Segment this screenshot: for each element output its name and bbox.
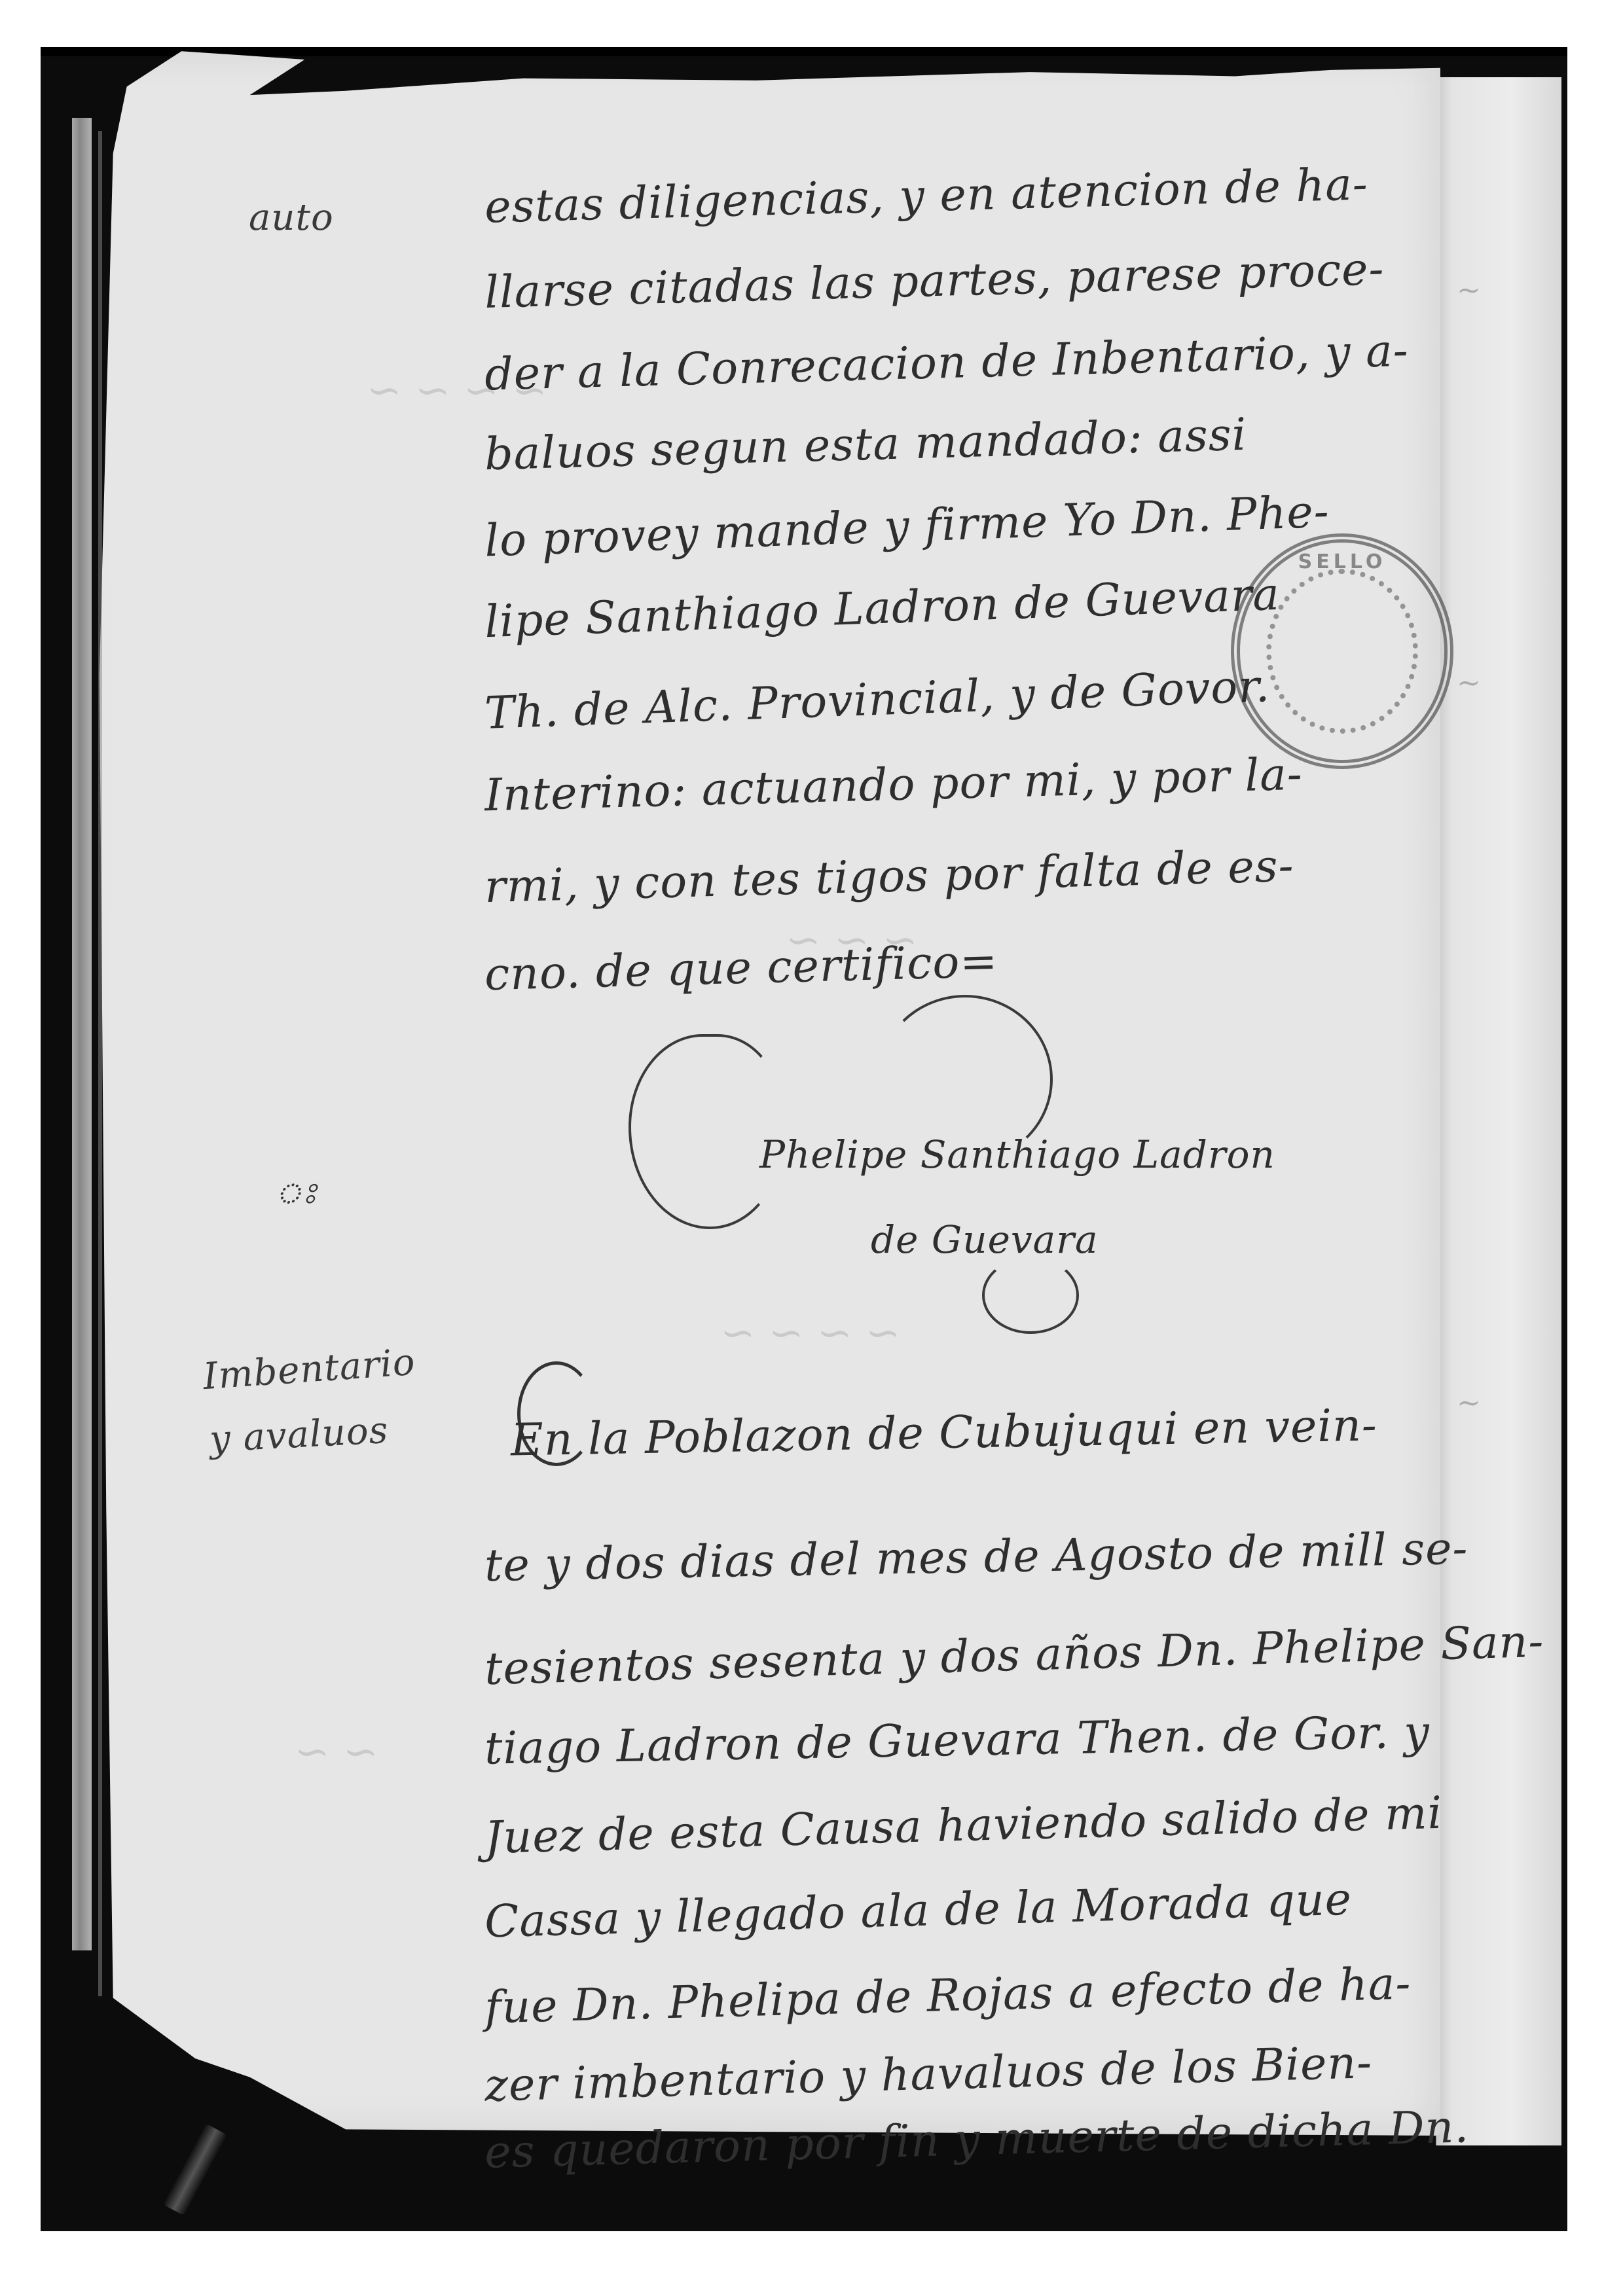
signature-name-line1: Phelipe Santhiago Ladron (759, 1132, 1275, 1177)
bleed-through-text: ~ ~ (295, 1728, 378, 1776)
rubric-flourish-icon (982, 1257, 1079, 1334)
page-fold-shadow (72, 118, 92, 1950)
backdrop-top-band (41, 47, 1567, 56)
adjacent-page-bleed: ~ (1457, 274, 1481, 307)
signature-rubric: Phelipe Santhiago Ladron de Guevara (589, 995, 1244, 1335)
page-edge-line (98, 131, 102, 1996)
signature-name-line2: de Guevara (871, 1217, 1099, 1262)
seal-inner-ring (1266, 569, 1418, 734)
official-seal-stamp: SELLO (1231, 533, 1453, 769)
adjacent-page-bleed: ~ (1457, 666, 1481, 700)
ink-blot-mark: ঃ (275, 1172, 318, 1219)
adjacent-page-bleed: ~ (1457, 1386, 1481, 1420)
margin-note-auto: auto (249, 196, 334, 239)
adjacent-page: ~ ~ ~ (1436, 77, 1561, 2145)
rubric-flourish-icon (629, 1034, 784, 1229)
